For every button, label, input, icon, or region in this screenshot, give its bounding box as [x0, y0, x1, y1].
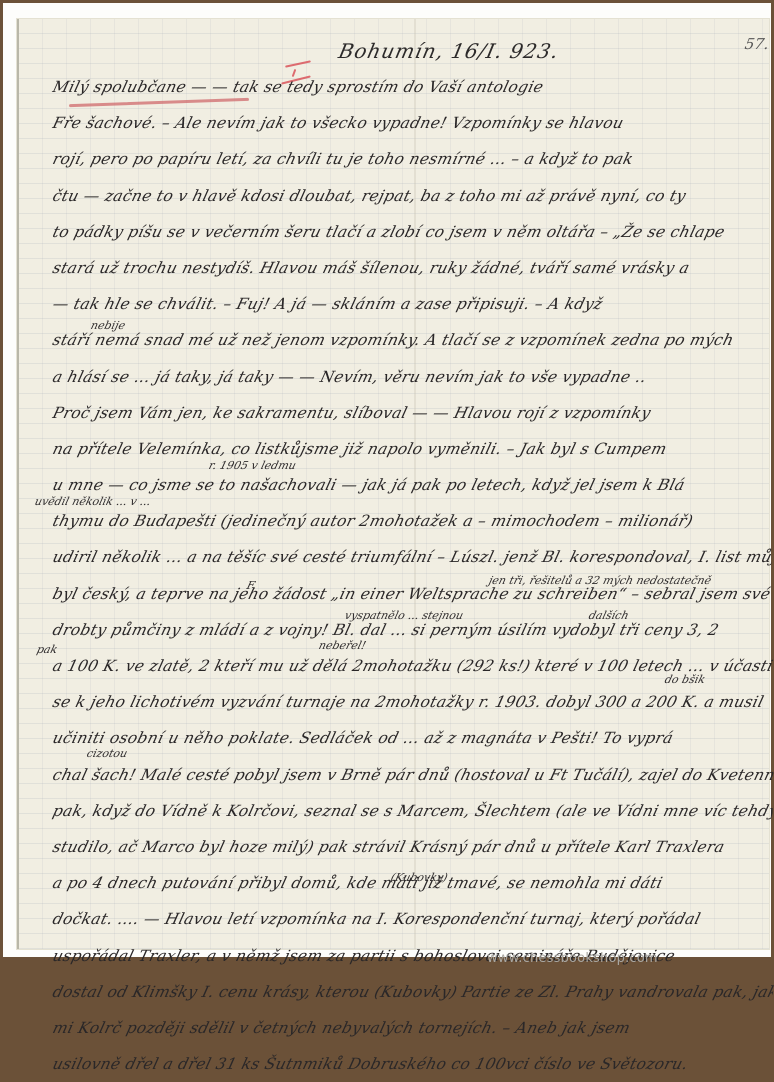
letter-line: uspořádal Traxler, a v němž jsem za part… [48, 938, 774, 961]
place-date-heading: Bohumín, 16/I. 923. [336, 39, 561, 63]
watermark-text: www.chessbookshop.com [487, 951, 658, 960]
letter-line: chal šach! Malé cesté pobyl jsem v Brně … [48, 757, 774, 793]
letter-line: — tak hle se chválit. – Fuj! A já — sklá… [48, 286, 774, 322]
letter-line: a po 4 dnech putování přibyl domů, kde m… [48, 865, 774, 901]
letter-line: a hlásí se ... já taky, já taky — — Neví… [48, 359, 774, 395]
letter-line: dočkat. .... — Hlavou letí vzpomínka na … [48, 901, 774, 937]
letter-line: udiril několik ... a na těšíc své cesté … [48, 539, 774, 575]
letter-line: stáří nemá snad mé už než jenom vzpomínk… [48, 322, 774, 358]
letter-line: Proč jsem Vám jen, ke sakramentu, slíbov… [48, 395, 774, 431]
letter-line: byl český, a teprve na jeho žádost „in e… [48, 576, 774, 612]
letter-line: učiniti osobní u něho poklate. Sedláček … [48, 720, 774, 756]
letter-body: Milý spolubčane — — tak se tedy sprostím… [53, 69, 773, 960]
letter-line: studilo, ač Marco byl hoze milý) pak str… [48, 829, 774, 865]
letter-line: na přítele Velemínka, co listkůjsme již … [48, 431, 774, 467]
letter-line: u mne — co jsme se to našachovali — jak … [48, 467, 774, 503]
letter-line: čtu — začne to v hlavě kdosi dloubat, re… [48, 178, 774, 214]
letter-line: se k jeho lichotivém vyzvání turnaje na … [48, 684, 774, 720]
letter-line: Fře šachové. – Ale nevím jak to všecko v… [48, 105, 774, 141]
letter-line: rojí, pero po papíru letí, za chvíli tu … [48, 141, 774, 177]
letter-line: thymu do Budapešti (jedinečný autor 2moh… [48, 503, 774, 539]
photo-frame: Bohumín, 16/I. 923. 57. nebije r. 1905 v… [0, 0, 774, 960]
page-number: 57. [743, 35, 770, 53]
letter-line: a 100 K. ve zlatě, 2 kteří mu už dělá 2m… [48, 648, 774, 684]
letter-sheet: Bohumín, 16/I. 923. 57. nebije r. 1905 v… [17, 19, 769, 949]
letter-line: to pádky píšu se v večerním šeru tlačí a… [48, 214, 774, 250]
letter-line: drobty půmčiny z mládí a z vojny! Bl. da… [48, 612, 774, 648]
letter-line: pak, když do Vídně k Kolrčovi, seznal se… [48, 793, 774, 829]
letter-line: Milý spolubčane — — tak se tedy sprostím… [48, 69, 774, 105]
letter-line: stará už trochu nestydíš. Hlavou máš šíl… [48, 250, 774, 286]
